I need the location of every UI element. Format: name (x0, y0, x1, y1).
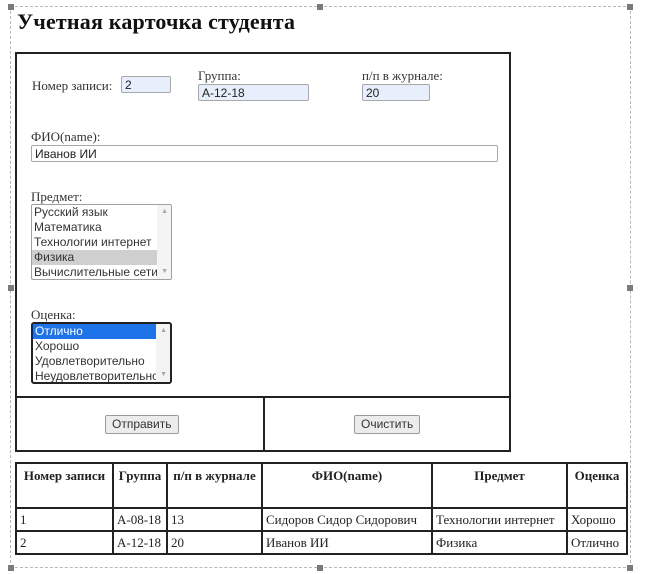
subject-option[interactable]: Физика (32, 250, 171, 265)
resize-handle-top-center[interactable] (317, 4, 323, 10)
cell-record-number: 2 (16, 531, 113, 554)
resize-handle-middle-right[interactable] (627, 285, 633, 291)
table-row: 2 А-12-18 20 Иванов ИИ Физика Отлично (16, 531, 627, 554)
subject-option[interactable]: Технологии интернет (32, 235, 171, 250)
header-grade: Оценка (567, 463, 627, 508)
group-label: Группа: (198, 68, 241, 84)
name-label: ФИО(name): (31, 129, 100, 145)
cell-subject: Физика (432, 531, 567, 554)
header-record-number: Номер записи (16, 463, 113, 508)
reset-button[interactable]: Очистить (354, 415, 420, 434)
grade-listbox[interactable]: ОтличноХорошоУдовлетворительноНеудовлетв… (31, 322, 172, 384)
cell-grade: Хорошо (567, 508, 627, 531)
grade-option[interactable]: Отлично (33, 324, 170, 339)
grade-scrollbar[interactable]: ▲ ▼ (156, 324, 170, 382)
scroll-up-arrow-icon[interactable]: ▲ (160, 327, 167, 335)
subject-options: Русский языкМатематикаТехнологии интерне… (32, 205, 171, 280)
resize-handle-top-left[interactable] (8, 4, 14, 10)
header-group: Группа (113, 463, 167, 508)
cell-name: Сидоров Сидор Сидорович (262, 508, 432, 531)
submit-button[interactable]: Отправить (105, 415, 179, 434)
group-input[interactable] (198, 84, 309, 101)
cell-grade: Отлично (567, 531, 627, 554)
grade-option[interactable]: Неудовлетворительно (33, 369, 170, 384)
record-number-input[interactable] (121, 76, 171, 93)
resize-handle-middle-left[interactable] (8, 285, 14, 291)
scroll-down-arrow-icon[interactable]: ▼ (160, 371, 167, 379)
journal-number-input[interactable] (362, 84, 430, 101)
reset-cell: Очистить (265, 398, 509, 450)
resize-handle-top-right[interactable] (627, 4, 633, 10)
table-header-row: Номер записи Группа п/п в журнале ФИО(na… (16, 463, 627, 508)
header-subject: Предмет (432, 463, 567, 508)
subject-option[interactable]: Математика (32, 220, 171, 235)
grade-options: ОтличноХорошоУдовлетворительноНеудовлетв… (33, 324, 170, 384)
header-journal-number: п/п в журнале (167, 463, 262, 508)
subject-option[interactable]: Вычислительные сети (32, 265, 171, 280)
subject-scrollbar[interactable]: ▲ ▼ (157, 205, 171, 279)
header-name: ФИО(name) (262, 463, 432, 508)
grade-option[interactable]: Удовлетворительно (33, 354, 170, 369)
submit-cell: Отправить (17, 398, 265, 450)
cell-group: А-08-18 (113, 508, 167, 531)
scroll-down-arrow-icon[interactable]: ▼ (161, 268, 168, 276)
journal-number-label: п/п в журнале: (362, 68, 443, 84)
form-fields-area: Номер записи: Группа: п/п в журнале: ФИО… (17, 54, 509, 396)
grade-label: Оценка: (31, 307, 76, 323)
records-table: Номер записи Группа п/п в журнале ФИО(na… (15, 462, 628, 555)
form-buttons-row: Отправить Очистить (17, 396, 509, 450)
page-title: Учетная карточка студента (17, 9, 295, 35)
cell-group: А-12-18 (113, 531, 167, 554)
cell-journal-number: 20 (167, 531, 262, 554)
student-card-form: Номер записи: Группа: п/п в журнале: ФИО… (15, 52, 511, 452)
resize-handle-bottom-center[interactable] (317, 565, 323, 571)
subject-label: Предмет: (31, 189, 82, 205)
subject-listbox[interactable]: Русский языкМатематикаТехнологии интерне… (31, 204, 172, 280)
cell-record-number: 1 (16, 508, 113, 531)
cell-journal-number: 13 (167, 508, 262, 531)
grade-option[interactable]: Хорошо (33, 339, 170, 354)
resize-handle-bottom-right[interactable] (627, 565, 633, 571)
subject-option[interactable]: Русский язык (32, 205, 171, 220)
table-row: 1 А-08-18 13 Сидоров Сидор Сидорович Тех… (16, 508, 627, 531)
cell-name: Иванов ИИ (262, 531, 432, 554)
record-number-label: Номер записи: (32, 78, 112, 94)
resize-handle-bottom-left[interactable] (8, 565, 14, 571)
scroll-up-arrow-icon[interactable]: ▲ (161, 208, 168, 216)
name-input[interactable] (31, 145, 498, 162)
cell-subject: Технологии интернет (432, 508, 567, 531)
